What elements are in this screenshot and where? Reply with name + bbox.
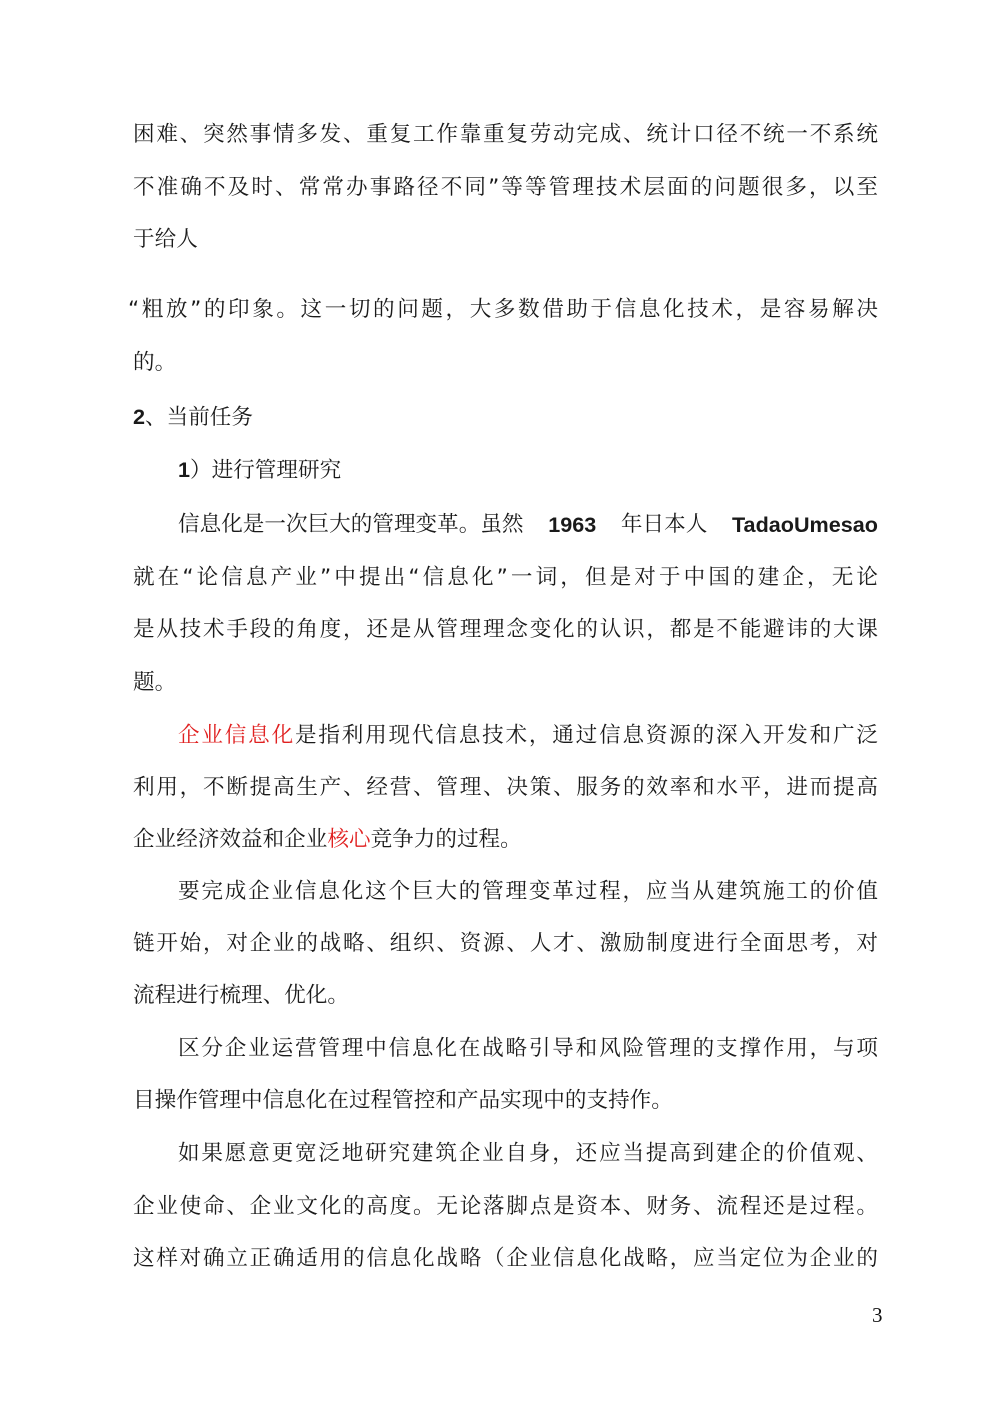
- paragraph-line: 信息化是一次巨大的管理变革。虽然 1963 年日本人 TadaoUmesao: [178, 510, 878, 540]
- document-page: 困难、突然事情多发、重复工作靠重复劳动完成、统计口径不统一不系统 不准确不及时、…: [0, 0, 992, 1403]
- page-number: 3: [872, 1303, 883, 1328]
- paragraph-line: 是从技术手段的角度，还是从管理理念变化的认识，都是不能避讳的大课: [133, 615, 878, 645]
- person-name: TadaoUmesao: [732, 510, 878, 540]
- paragraph-line: 企业使命、企业文化的高度。无论落脚点是资本、财务、流程还是过程。: [133, 1192, 878, 1222]
- text-run: 是指利用现代信息技术，通过信息资源的深入开发和广泛: [295, 723, 878, 748]
- paragraph-line: 链开始，对企业的战略、组织、资源、人才、激励制度进行全面思考，对: [133, 929, 878, 959]
- paragraph-line: 困难、突然事情多发、重复工作靠重复劳动完成、统计口径不统一不系统: [133, 120, 878, 150]
- paragraph-line: 不准确不及时、常常办事路径不同”等等管理技术层面的问题很多，以至: [133, 173, 878, 203]
- section-number: 2: [133, 404, 145, 429]
- text-run: 竞争力的过程。: [371, 827, 522, 852]
- paragraph-line: 区分企业运营管理中信息化在战略引导和风险管理的支撑作用，与项: [178, 1034, 878, 1064]
- subsection-number: 1: [178, 457, 190, 482]
- text-run: 年日本人: [621, 510, 707, 540]
- paragraph-line: 的。: [133, 348, 883, 378]
- paragraph-line: “粗放”的印象。这一切的问题，大多数借助于信息化技术，是容易解决: [128, 295, 878, 325]
- paragraph-line: 目操作管理中信息化在过程管控和产品实现中的支持作。: [133, 1086, 883, 1116]
- paragraph-line: 流程进行梳理、优化。: [133, 981, 883, 1011]
- paragraph-line: 如果愿意更宽泛地研究建筑企业自身，还应当提高到建企的价值观、: [178, 1139, 878, 1169]
- paragraph-line: 这样对确立正确适用的信息化战略（企业信息化战略，应当定位为企业的: [133, 1244, 878, 1274]
- text-run: 企业经济效益和企业: [133, 827, 327, 852]
- paragraph-line: 就在“论信息产业”中提出“信息化”一词，但是对于中国的建企，无论: [133, 563, 878, 593]
- subsection-heading: 1）进行管理研究: [178, 455, 928, 486]
- paragraph-line: 于给人: [133, 225, 883, 255]
- section-heading: 2、当前任务: [133, 402, 883, 433]
- text-run: 信息化是一次巨大的管理变革。虽然: [178, 510, 524, 540]
- paragraph-line: 企业经济效益和企业核心竞争力的过程。: [133, 825, 883, 855]
- subsection-title: ）进行管理研究: [190, 458, 341, 483]
- paragraph-line: 企业信息化是指利用现代信息技术，通过信息资源的深入开发和广泛: [178, 721, 878, 751]
- highlighted-term: 企业信息化: [178, 723, 295, 748]
- paragraph-line: 要完成企业信息化这个巨大的管理变革过程，应当从建筑施工的价值: [178, 877, 878, 907]
- section-title: 、当前任务: [145, 405, 253, 430]
- paragraph-line: 题。: [133, 668, 883, 698]
- year-text: 1963: [548, 510, 596, 540]
- highlighted-term: 核心: [327, 827, 370, 852]
- paragraph-line: 利用，不断提高生产、经营、管理、决策、服务的效率和水平，进而提高: [133, 773, 878, 803]
